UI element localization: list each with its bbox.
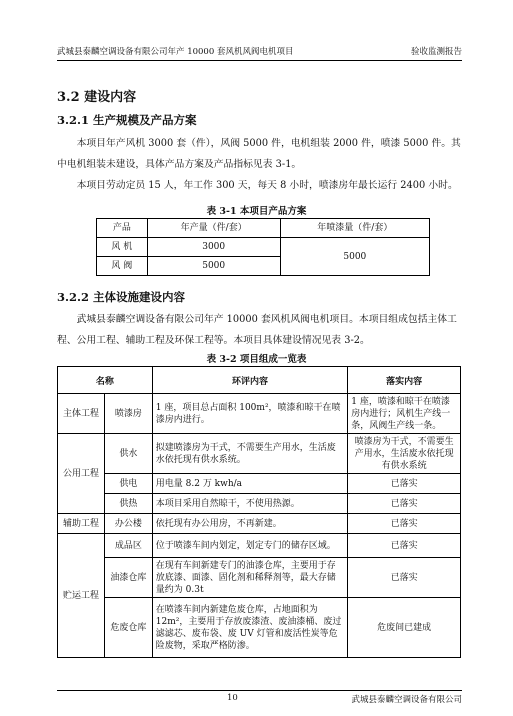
cell-output: 5000	[147, 257, 280, 276]
table-row: 主体工程 喷漆房 1 座，项目总占面积 100m²，喷漆和晾干在喷漆房内进行。 …	[58, 394, 461, 434]
product-table: 产品 年产量（件/套） 年喷漆量（件/套） 风 机 3000 5000 风 阀 …	[96, 218, 430, 276]
table-row: 风 机 3000 5000	[97, 238, 430, 257]
done-cell: 已落实	[348, 494, 461, 514]
table2-caption: 表 3-2 项目组成一览表	[0, 351, 513, 365]
item-cell: 危废仓库	[104, 598, 152, 658]
col-header: 环评内容	[152, 367, 348, 394]
table-row: 辅助工程 办公楼 依托现有办公用房，不再新建。 已落实	[58, 514, 461, 534]
col-header: 年产量（件/套）	[147, 219, 280, 238]
table1-caption: 表 3-1 本项目产品方案	[0, 203, 513, 217]
item-cell: 喷漆房	[104, 394, 152, 434]
paragraph-production: 本项目年产风机 3000 套（件），风阀 5000 件，电机组装 2000 件，…	[57, 133, 467, 175]
done-cell: 危废间已建成	[348, 598, 461, 658]
table-header-row: 名称 环评内容 落实内容	[58, 367, 461, 394]
eia-cell: 依托现有办公用房，不再新建。	[152, 514, 348, 534]
item-cell: 供电	[104, 474, 152, 494]
item-cell: 供热	[104, 494, 152, 514]
subsection-heading-2: 3.2.2 主体设施建设内容	[57, 289, 185, 305]
paragraph-staffing: 本项目劳动定员 15 人，年工作 300 天，每天 8 小时，喷漆房年最长运行 …	[57, 175, 467, 196]
item-cell: 成品区	[104, 534, 152, 558]
item-cell: 办公楼	[104, 514, 152, 534]
cell-product: 风 阀	[97, 257, 148, 276]
footer-company: 武城县泰麟空调设备有限公司	[351, 693, 462, 705]
col-header: 年喷漆量（件/套）	[280, 219, 429, 238]
composition-table: 名称 环评内容 落实内容 主体工程 喷漆房 1 座，项目总占面积 100m²，喷…	[57, 366, 461, 658]
page-footer: 10 武城县泰麟空调设备有限公司	[57, 690, 462, 691]
table-row: 油漆仓库 在现有车间新建专门的油漆仓库，主要用于存放底漆、面漆、固化剂和稀释剂等…	[58, 558, 461, 598]
eia-cell: 在现有车间新建专门的油漆仓库，主要用于存放底漆、面漆、固化剂和稀释剂等，最大存储…	[152, 558, 348, 598]
table-row: 贮运工程 成品区 位于喷漆车间内划定，划定专门的储存区域。 已落实	[58, 534, 461, 558]
eia-cell: 在喷漆车间内新建危废仓库，占地面积为 12m²，主要用于存放废漆渣、废油漆桶、废…	[152, 598, 348, 658]
subsection-heading-1: 3.2.1 生产规模及产品方案	[57, 112, 197, 128]
section-heading: 3.2 建设内容	[57, 86, 136, 105]
page-number: 10	[227, 693, 238, 703]
table-row: 供热 本项目采用自然晾干，不使用热源。 已落实	[58, 494, 461, 514]
eia-cell: 本项目采用自然晾干，不使用热源。	[152, 494, 348, 514]
col-header: 产品	[97, 219, 148, 238]
item-cell: 油漆仓库	[104, 558, 152, 598]
done-cell: 已落实	[348, 474, 461, 494]
col-header: 落实内容	[348, 367, 461, 394]
eia-cell: 拟建喷漆房为干式，不需要生产用水，生活废水依托现有供水系统。	[152, 434, 348, 474]
table-row: 危废仓库 在喷漆车间内新建危废仓库，占地面积为 12m²，主要用于存放废漆渣、废…	[58, 598, 461, 658]
eia-cell: 1 座，项目总占面积 100m²，喷漆和晾干在喷漆房内进行。	[152, 394, 348, 434]
col-header: 名称	[58, 367, 153, 394]
table-row: 公用工程 供水 拟建喷漆房为干式，不需要生产用水，生活废水依托现有供水系统。 喷…	[58, 434, 461, 474]
group-cell: 主体工程	[58, 394, 105, 434]
done-cell: 已落实	[348, 558, 461, 598]
done-cell: 已落实	[348, 534, 461, 558]
group-cell: 公用工程	[58, 434, 105, 514]
page-header: 武城县泰麟空调设备有限公司年产 10000 套风机风阀电机项目 验收监测报告	[57, 46, 462, 61]
table-header-row: 产品 年产量（件/套） 年喷漆量（件/套）	[97, 219, 430, 238]
cell-output: 3000	[147, 238, 280, 257]
cell-paint: 5000	[280, 238, 429, 276]
group-cell: 辅助工程	[58, 514, 105, 534]
header-report-type: 验收监测报告	[411, 46, 462, 58]
done-cell: 1 座，喷漆和晾干在喷漆房内进行；风机生产线一条，风阀生产线一条。	[348, 394, 461, 434]
header-project-title: 武城县泰麟空调设备有限公司年产 10000 套风机风阀电机项目	[57, 46, 293, 58]
done-cell: 喷漆房为干式，不需要生产用水，生活废水依托现有供水系统	[348, 434, 461, 474]
eia-cell: 用电量 8.2 万 kwh/a	[152, 474, 348, 494]
group-cell: 贮运工程	[58, 534, 105, 658]
paragraph-composition: 武城县泰麟空调设备有限公司年产 10000 套风机风阀电机项目。本项目组成包括主…	[57, 309, 467, 351]
cell-product: 风 机	[97, 238, 148, 257]
eia-cell: 位于喷漆车间内划定，划定专门的储存区域。	[152, 534, 348, 558]
table-row: 供电 用电量 8.2 万 kwh/a 已落实	[58, 474, 461, 494]
item-cell: 供水	[104, 434, 152, 474]
done-cell: 已落实	[348, 514, 461, 534]
